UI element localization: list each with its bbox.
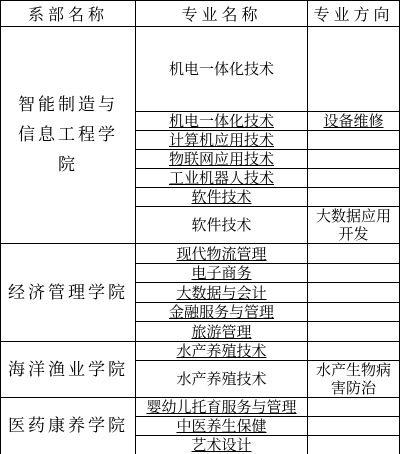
major-cell: 大数据与会计 bbox=[136, 283, 308, 303]
major-cell: 婴幼儿托育服务与管理 bbox=[136, 398, 308, 417]
direction-cell bbox=[308, 283, 400, 303]
direction-cell bbox=[308, 417, 400, 436]
table-row: 智能制造与信息工程学院 机电一体化技术 bbox=[1, 27, 400, 112]
major-cell: 计算机应用技术 bbox=[136, 131, 308, 150]
direction-cell bbox=[308, 322, 400, 342]
direction-cell bbox=[308, 188, 400, 207]
major-cell: 机电一体化技术 bbox=[136, 112, 308, 131]
major-cell: 中医养生保健 bbox=[136, 417, 308, 436]
direction-cell bbox=[308, 398, 400, 417]
direction-cell bbox=[308, 169, 400, 188]
direction-cell bbox=[308, 27, 400, 112]
direction-cell bbox=[308, 244, 400, 264]
direction-cell: 设备维修 bbox=[308, 112, 400, 131]
direction-cell bbox=[308, 342, 400, 361]
major-cell: 金融服务与管理 bbox=[136, 303, 308, 322]
major-cell: 软件技术 bbox=[136, 207, 308, 244]
direction-cell: 水产生物病害防治 bbox=[308, 361, 400, 398]
major-cell: 机电一体化技术 bbox=[136, 27, 308, 112]
table-row: 医药康养学院 婴幼儿托育服务与管理 bbox=[1, 398, 400, 417]
major-cell: 软件技术 bbox=[136, 188, 308, 207]
major-cell: 水产养殖技术 bbox=[136, 361, 308, 398]
direction-cell bbox=[308, 436, 400, 454]
department-cell: 海洋渔业学院 bbox=[1, 342, 136, 398]
header-major: 专业名称 bbox=[136, 1, 308, 27]
table-row: 海洋渔业学院 水产养殖技术 bbox=[1, 342, 400, 361]
department-cell: 医药康养学院 bbox=[1, 398, 136, 454]
department-cell: 经济管理学院 bbox=[1, 244, 136, 342]
major-cell: 旅游管理 bbox=[136, 322, 308, 342]
direction-cell bbox=[308, 264, 400, 283]
major-cell: 艺术设计 bbox=[136, 436, 308, 454]
direction-cell bbox=[308, 131, 400, 150]
department-cell: 智能制造与信息工程学院 bbox=[1, 27, 136, 244]
header-row: 系部名称 专业名称 专业方向 bbox=[1, 1, 400, 27]
major-cell: 现代物流管理 bbox=[136, 244, 308, 264]
header-direction: 专业方向 bbox=[308, 1, 400, 27]
header-department: 系部名称 bbox=[1, 1, 136, 27]
major-cell: 工业机器人技术 bbox=[136, 169, 308, 188]
direction-cell bbox=[308, 150, 400, 169]
major-cell: 水产养殖技术 bbox=[136, 342, 308, 361]
major-cell: 物联网应用技术 bbox=[136, 150, 308, 169]
direction-cell bbox=[308, 303, 400, 322]
major-cell: 电子商务 bbox=[136, 264, 308, 283]
table-row: 经济管理学院 现代物流管理 bbox=[1, 244, 400, 264]
majors-table: 系部名称 专业名称 专业方向 智能制造与信息工程学院 机电一体化技术 机电一体化… bbox=[0, 0, 400, 454]
direction-cell: 大数据应用开发 bbox=[308, 207, 400, 244]
